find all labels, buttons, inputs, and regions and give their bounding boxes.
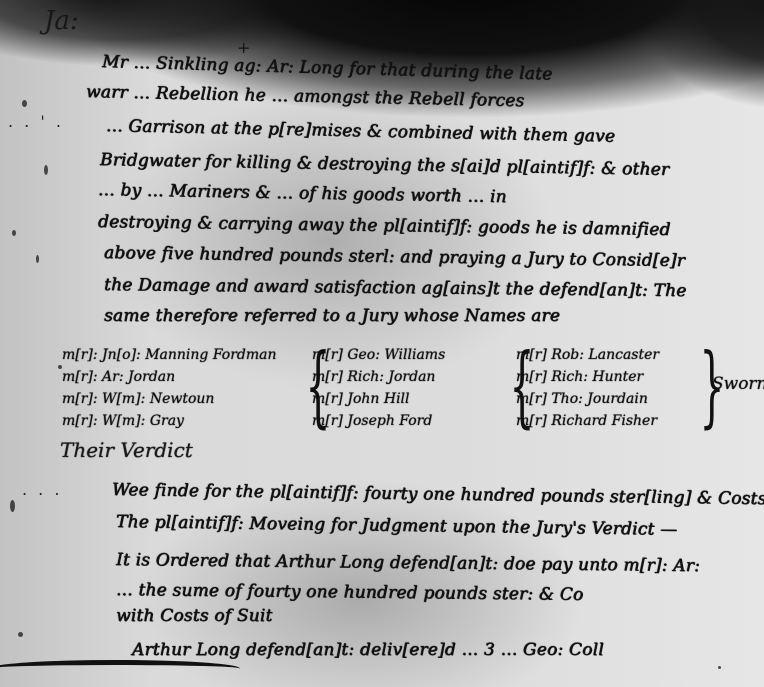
juror-name: m[r] Joseph Ford [312, 410, 445, 432]
juror-name: m[r]: Ar: Jordan [62, 366, 277, 388]
sworn-note: Sworn [712, 374, 764, 394]
margin-marks: . . . [22, 480, 62, 499]
juror-name: m[r]: W[m]: Gray [62, 410, 277, 432]
juror-name: m[r] Richard Fisher [516, 410, 659, 432]
body-line: Bridgwater for killing & destroying the … [100, 150, 670, 180]
ink-speck [12, 230, 16, 236]
ink-speck [718, 666, 721, 669]
jury-column-1: m[r]: Jn[o]: Manning Fordman m[r]: Ar: J… [62, 344, 277, 432]
juror-name: m[r] Rich: Jordan [312, 366, 445, 388]
ink-speck [18, 632, 23, 637]
margin-marks: . . ' . [8, 112, 64, 131]
body-line: above five hundred pounds sterl: and pra… [104, 243, 685, 271]
juror-name: m[r] Geo: Williams [312, 344, 445, 366]
verdict-line: It is Ordered that Arthur Long defend[an… [116, 550, 700, 576]
body-line: ... Garrison at the p[re]mises & combine… [106, 116, 616, 147]
juror-name: m[r] Rob: Lancaster [516, 344, 659, 366]
verdict-line: Arthur Long defend[an]t: deliv[ere]d ...… [132, 640, 604, 660]
body-line: warr ... Rebellion he ... amongst the Re… [86, 82, 525, 111]
body-line: the Damage and award satisfaction ag[ain… [104, 275, 687, 301]
jury-column-3: m[r] Rob: Lancaster m[r] Rich: Hunter m[… [516, 344, 659, 432]
juror-name: m[r] Rich: Hunter [516, 366, 659, 388]
ink-flourish [0, 660, 240, 677]
ink-speck [44, 165, 48, 175]
verdict-line: with Costs of Suit [116, 606, 273, 626]
body-line: ... by ... Mariners & ... of his goods w… [98, 180, 507, 207]
body-line: destroying & carrying away the pl[aintif… [98, 212, 671, 240]
body-line: same therefore referred to a Jury whose … [104, 306, 560, 326]
ink-speck [22, 100, 27, 107]
ink-speck [36, 255, 39, 263]
juror-name: m[r] Tho: Jourdain [516, 388, 659, 410]
jury-column-2: m[r] Geo: Williams m[r] Rich: Jordan m[r… [312, 344, 445, 432]
juror-name: m[r]: W[m]: Newtoun [62, 388, 277, 410]
juror-name: m[r] John Hill [312, 388, 445, 410]
verdict-line: Wee finde for the pl[aintif]f: fourty on… [112, 480, 764, 509]
ink-speck [10, 500, 15, 512]
jury-list: m[r]: Jn[o]: Manning Fordman m[r]: Ar: J… [62, 344, 742, 436]
cross-mark: + [237, 38, 250, 57]
manuscript-page: . . ' . . . . Ja: + Mr ... Sinkling ag: … [0, 0, 764, 687]
verdict-line: The pl[aintif]f: Moveing for Judgment up… [116, 512, 678, 540]
verdict-line: ... the sume of fourty one hundred pound… [116, 580, 584, 605]
body-line: Mr ... Sinkling ag: Ar: Long for that du… [102, 52, 553, 85]
verdict-heading: Their Verdict [60, 438, 193, 462]
top-annotation: Ja: [44, 6, 79, 36]
juror-name: m[r]: Jn[o]: Manning Fordman [62, 344, 277, 366]
